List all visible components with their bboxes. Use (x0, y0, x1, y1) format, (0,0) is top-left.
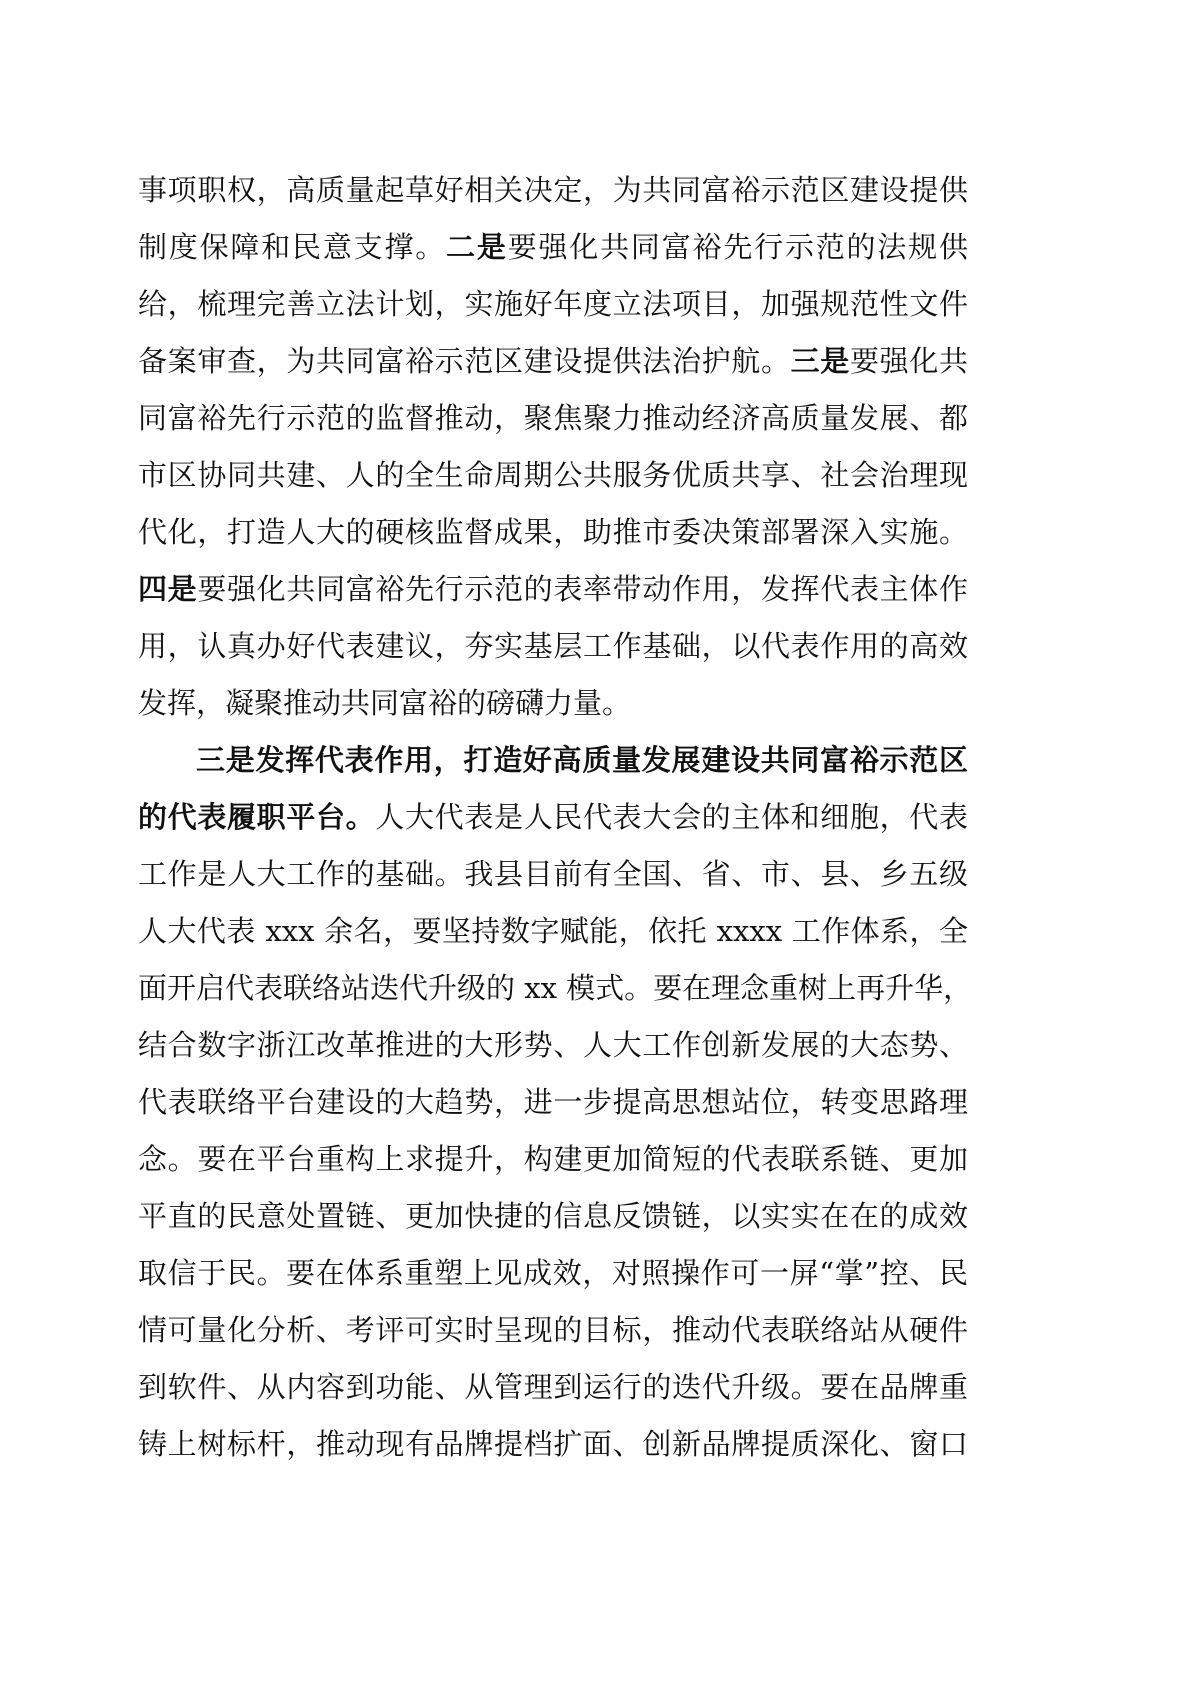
text-segment: 要强化共同富裕先行示范的表率带动作用，发挥代表主体作 (197, 572, 968, 606)
text-segment: 同富裕先行示范的监督推动，聚焦聚力推动经济高质量发展、都 (138, 401, 968, 435)
text-segment: 要强化共 (850, 344, 968, 378)
text-line: 制度保障和民意支撑。二是要强化共同富裕先行示范的法规供 (138, 219, 968, 276)
text-line: 市区协同共建、人的全生命周期公共服务优质共享、社会治理现 (138, 447, 968, 504)
text-line: 工作是人大工作的基础。我县目前有全国、省、市、县、乡五级 (138, 846, 968, 903)
paragraph: 三是发挥代表作用，打造好高质量发展建设共同富裕示范区的代表履职平台。人大代表是人… (138, 732, 968, 1473)
text-segment: 人大代表是人民代表大会的主体和细胞，代表 (375, 800, 968, 834)
document-body: 事项职权，高质量起草好相关决定，为共同富裕示范区建设提供制度保障和民意支撑。二是… (138, 162, 968, 1473)
text-segment: 工作是人大工作的基础。我县目前有全国、省、市、县、乡五级 (138, 857, 968, 891)
text-line: 的代表履职平台。人大代表是人民代表大会的主体和细胞，代表 (138, 789, 968, 846)
text-segment: 到软件、从内容到功能、从管理到运行的迭代升级。要在品牌重 (138, 1370, 968, 1404)
paragraph: 事项职权，高质量起草好相关决定，为共同富裕示范区建设提供制度保障和民意支撑。二是… (138, 162, 968, 732)
text-line: 铸上树标杆，推动现有品牌提档扩面、创新品牌提质深化、窗口 (138, 1416, 968, 1473)
text-line: 面开启代表联络站迭代升级的 xx 模式。要在理念重树上再升华， (138, 960, 968, 1017)
text-segment: 备案审查，为共同富裕示范区建设提供法治护航。 (138, 344, 791, 378)
text-line: 代化，打造人大的硬核监督成果，助推市委决策部署深入实施。 (138, 504, 968, 561)
text-line: 念。要在平台重构上求提升，构建更加简短的代表联系链、更加 (138, 1131, 968, 1188)
text-line: 备案审查，为共同富裕示范区建设提供法治护航。三是要强化共 (138, 333, 968, 390)
text-line: 人大代表 xxx 余名，要坚持数字赋能，依托 xxxx 工作体系，全 (138, 903, 968, 960)
document-page: 事项职权，高质量起草好相关决定，为共同富裕示范区建设提供制度保障和民意支撑。二是… (0, 0, 1190, 1683)
text-segment: 取信于民。要在体系重塑上见成效，对照操作可一屏“掌”控、民 (138, 1256, 968, 1290)
text-segment: 给，梳理完善立法计划，实施好年度立法项目，加强规范性文件 (138, 287, 968, 321)
bold-lead-text: 二是 (446, 230, 508, 264)
text-segment: 制度保障和民意支撑。 (138, 230, 446, 264)
bold-lead-text: 三是发挥代表作用，打造好高质量发展建设共同富裕示范区 (196, 743, 968, 777)
text-segment: 面开启代表联络站迭代升级的 xx 模式。要在理念重树上再升华， (138, 971, 972, 1005)
text-segment: 事项职权，高质量起草好相关决定，为共同富裕示范区建设提供 (138, 173, 968, 207)
text-segment: 结合数字浙江改革推进的大形势、人大工作创新发展的大态势、 (138, 1028, 968, 1062)
bold-lead-text: 四是 (138, 572, 197, 606)
text-segment: 市区协同共建、人的全生命周期公共服务优质共享、社会治理现 (138, 458, 968, 492)
text-segment: 念。要在平台重构上求提升，构建更加简短的代表联系链、更加 (138, 1142, 968, 1176)
text-segment: 铸上树标杆，推动现有品牌提档扩面、创新品牌提质深化、窗口 (138, 1427, 968, 1461)
text-segment: 代表联络平台建设的大趋势，进一步提高思想站位，转变思路理 (138, 1085, 968, 1119)
text-segment: 用，认真办好代表建议，夯实基层工作基础，以代表作用的高效 (138, 629, 968, 663)
text-line: 平直的民意处置链、更加快捷的信息反馈链，以实实在在的成效 (138, 1188, 968, 1245)
text-line: 用，认真办好代表建议，夯实基层工作基础，以代表作用的高效 (138, 618, 968, 675)
bold-lead-text: 三是 (791, 344, 850, 378)
text-segment: 发挥，凝聚推动共同富裕的磅礴力量。 (138, 686, 631, 720)
text-line: 三是发挥代表作用，打造好高质量发展建设共同富裕示范区 (138, 732, 968, 789)
text-line: 四是要强化共同富裕先行示范的表率带动作用，发挥代表主体作 (138, 561, 968, 618)
text-segment: 情可量化分析、考评可实时呈现的目标，推动代表联络站从硬件 (138, 1313, 968, 1347)
text-line: 代表联络平台建设的大趋势，进一步提高思想站位，转变思路理 (138, 1074, 968, 1131)
text-segment: 平直的民意处置链、更加快捷的信息反馈链，以实实在在的成效 (138, 1199, 968, 1233)
text-line: 事项职权，高质量起草好相关决定，为共同富裕示范区建设提供 (138, 162, 968, 219)
text-line: 结合数字浙江改革推进的大形势、人大工作创新发展的大态势、 (138, 1017, 968, 1074)
text-line: 到软件、从内容到功能、从管理到运行的迭代升级。要在品牌重 (138, 1359, 968, 1416)
text-segment: 人大代表 xxx 余名，要坚持数字赋能，依托 xxxx 工作体系，全 (138, 914, 968, 948)
text-segment: 要强化共同富裕先行示范的法规供 (508, 230, 968, 264)
text-line: 给，梳理完善立法计划，实施好年度立法项目，加强规范性文件 (138, 276, 968, 333)
text-line: 情可量化分析、考评可实时呈现的目标，推动代表联络站从硬件 (138, 1302, 968, 1359)
text-line: 同富裕先行示范的监督推动，聚焦聚力推动经济高质量发展、都 (138, 390, 968, 447)
text-line: 取信于民。要在体系重塑上见成效，对照操作可一屏“掌”控、民 (138, 1245, 968, 1302)
text-line: 发挥，凝聚推动共同富裕的磅礴力量。 (138, 675, 968, 732)
text-segment: 代化，打造人大的硬核监督成果，助推市委决策部署深入实施。 (138, 515, 968, 549)
bold-lead-text: 的代表履职平台。 (138, 800, 375, 834)
